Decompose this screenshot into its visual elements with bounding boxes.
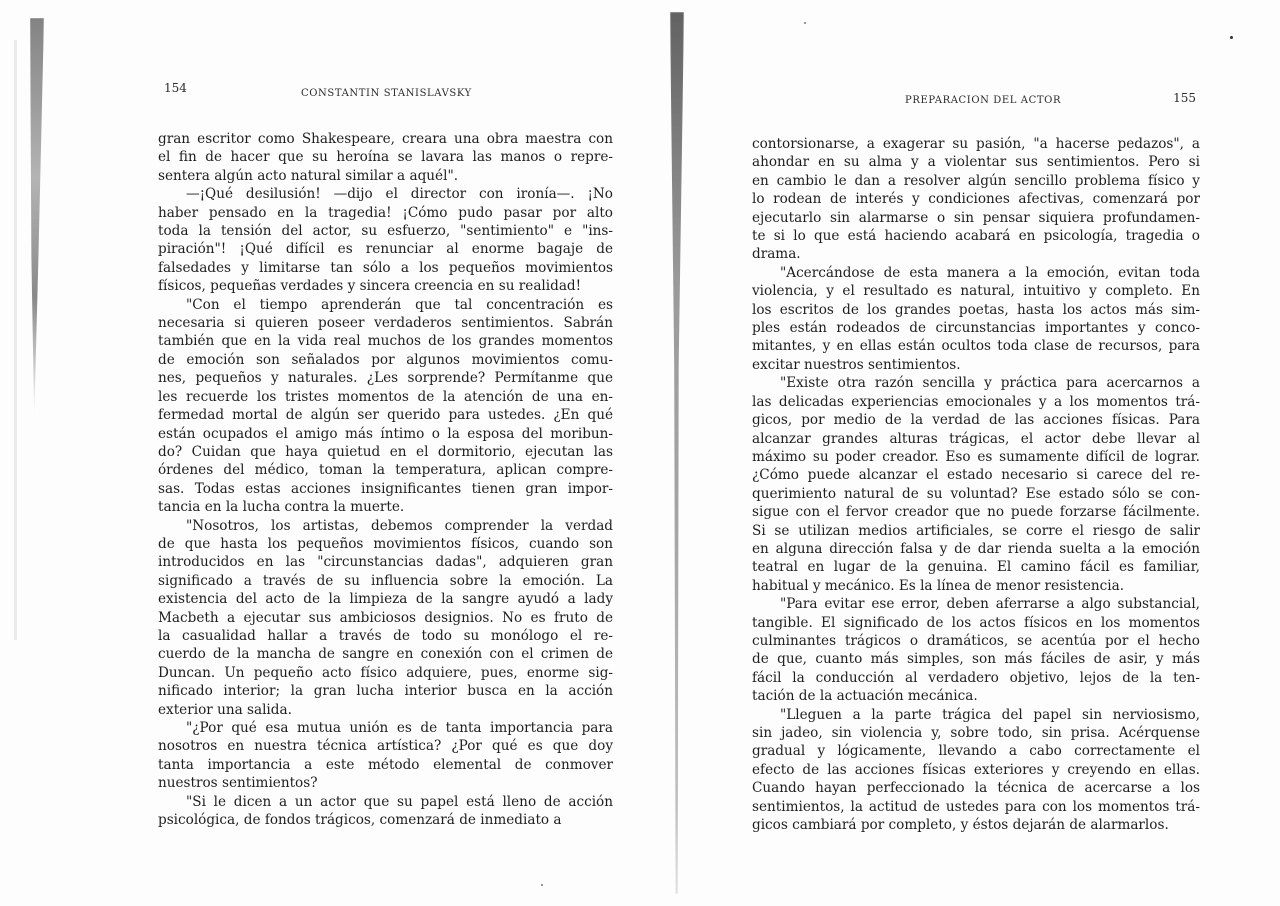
text-line: alcanzar grandes alturas trágicas, el ac…	[752, 430, 1200, 448]
text-line: de emoción son señalados por algunos mov…	[158, 351, 613, 369]
text-line: "Lleguen a la parte trágica del papel si…	[752, 706, 1200, 724]
text-line: querimiento natural de su voluntad? Ese …	[752, 485, 1200, 503]
text-line: necesaria si quieren poseer verdaderos s…	[158, 314, 613, 332]
text-line: sentera algún acto natural similar a aqu…	[158, 167, 613, 185]
paragraph: "Lleguen a la parte trágica del papel si…	[752, 706, 1200, 835]
text-line: ples están rodeados de circunstancias im…	[752, 319, 1200, 337]
text-line: nes, pequeños y naturales. ¿Les sorprend…	[158, 369, 613, 387]
text-line: Macbeth a ejecutar sus ambiciosos design…	[158, 609, 613, 627]
running-head: 154 CONSTANTIN STANISLAVSKY	[158, 83, 613, 101]
text-line: "Para evitar ese error, deben aferrarse …	[752, 595, 1200, 613]
text-line: violencia, y el resultado es natural, in…	[752, 282, 1200, 300]
paragraph: "Nosotros, los artistas, debemos compren…	[158, 517, 613, 719]
text-line: gicos, por medio de la verdad de las acc…	[752, 411, 1200, 429]
right-page: PREPARACION DEL ACTOR 155 contorsionarse…	[752, 0, 1200, 906]
text-line: efecto de las acciones físicas exteriore…	[752, 761, 1200, 779]
running-head: PREPARACION DEL ACTOR 155	[752, 83, 1200, 101]
running-head-title: PREPARACION DEL ACTOR	[905, 95, 1061, 106]
text-line: Cuando hayan perfeccionado la técnica de…	[752, 779, 1200, 797]
scan-speck	[1230, 36, 1233, 39]
text-line: están ocupados el amigo más íntimo o la …	[158, 425, 613, 443]
text-line: introducidos en las "circunstancias dada…	[158, 553, 613, 571]
text-line: psicológica, de fondos trágicos, comenza…	[158, 811, 613, 829]
text-line: el fin de hacer que su heroína se lavara…	[158, 148, 613, 166]
text-line: de que, cuanto más simples, son más fáci…	[752, 650, 1200, 668]
paragraph: "Acercándose de esta manera a la emoción…	[752, 264, 1200, 374]
text-line: habitual y mecánico. Es la línea de meno…	[752, 577, 1200, 595]
page-number: 154	[164, 81, 187, 95]
body-text: contorsionarse, a exagerar su pasión, "a…	[752, 135, 1200, 834]
text-line: Si se utilizan medios artificiales, se c…	[752, 522, 1200, 540]
text-line: sentimientos, la actitud de ustedes para…	[752, 798, 1200, 816]
text-line: sin jadeo, sin violencia y, sobre todo, …	[752, 724, 1200, 742]
left-page: 154 CONSTANTIN STANISLAVSKY gran escrito…	[158, 0, 613, 906]
text-line: de que hasta los pequeños movimientos fí…	[158, 535, 613, 553]
text-line: drama.	[752, 245, 1200, 263]
paragraph: contorsionarse, a exagerar su pasión, "a…	[752, 135, 1200, 264]
paragraph: "Para evitar ese error, deben aferrarse …	[752, 595, 1200, 705]
text-line: significado a través de su influencia so…	[158, 572, 613, 590]
text-line: les recuerde los tristes momentos de la …	[158, 388, 613, 406]
text-line: ahondar en su alma y a violentar sus sen…	[752, 153, 1200, 171]
paragraph: "Con el tiempo aprenderán que tal concen…	[158, 296, 613, 517]
text-line: nosotros en nuestra técnica artística? ¿…	[158, 737, 613, 755]
text-line: "Nosotros, los artistas, debemos compren…	[158, 517, 613, 535]
paragraph: "¿Por qué esa mutua unión es de tanta im…	[158, 719, 613, 793]
text-line: la casualidad hallar a través de todo su…	[158, 627, 613, 645]
text-line: fácil la conducción al verdadero objetiv…	[752, 669, 1200, 687]
text-line: físicos, pequeñas verdades y sincera cre…	[158, 277, 613, 295]
text-line: te si lo que está haciendo acabará en ps…	[752, 227, 1200, 245]
text-line: toda la tensión del actor, su esfuerzo, …	[158, 222, 613, 240]
text-line: haber pensado en la tragedia! ¡Cómo pudo…	[158, 204, 613, 222]
text-line: sigue con el fervor creador que no puede…	[752, 503, 1200, 521]
text-line: tancia en la lucha contra la muerte.	[158, 498, 613, 516]
text-line: teatral en lugar de la genuina. El camin…	[752, 558, 1200, 576]
text-line: culminantes trágicos o dramáticos, se ac…	[752, 632, 1200, 650]
text-line: en alguna dirección falsa y de dar riend…	[752, 540, 1200, 558]
page-edge-shadow-left	[30, 18, 44, 418]
text-line: sas. Todas estas acciones insignificante…	[158, 480, 613, 498]
text-line: gicos cambiará por completo, y éstos dej…	[752, 816, 1200, 834]
text-line: exterior una salida.	[158, 701, 613, 719]
text-line: fermedad mortal de algún ser querido par…	[158, 406, 613, 424]
paragraph: gran escritor como Shakespeare, creara u…	[158, 130, 613, 185]
text-line: excitar nuestros sentimientos.	[752, 356, 1200, 374]
scan-edge-shadow	[14, 40, 17, 640]
text-line: tangible. El significado de los actos fí…	[752, 614, 1200, 632]
text-line: falsedades y limitarse tan sólo a los pe…	[158, 259, 613, 277]
page-number: 155	[1173, 91, 1196, 105]
text-line: contorsionarse, a exagerar su pasión, "a…	[752, 135, 1200, 153]
text-line: máximo su poder creador. Eso es sumament…	[752, 448, 1200, 466]
text-line: cuerdo de la mancha de sangre en conexió…	[158, 645, 613, 663]
text-line: tación de la actuación mecánica.	[752, 687, 1200, 705]
text-line: gradual y lógicamente, llevando a cabo c…	[752, 742, 1200, 760]
text-line: existencia del acto de la limpieza de la…	[158, 590, 613, 608]
text-line: lo rodean de interés y condiciones afect…	[752, 190, 1200, 208]
text-line: "¿Por qué esa mutua unión es de tanta im…	[158, 719, 613, 737]
text-line: también que en la vida real muchos de lo…	[158, 332, 613, 350]
text-line: nuestros sentimientos?	[158, 774, 613, 792]
text-line: "Acercándose de esta manera a la emoción…	[752, 264, 1200, 282]
text-line: órdenes del médico, toman la temperatura…	[158, 461, 613, 479]
paragraph: "Existe otra razón sencilla y práctica p…	[752, 374, 1200, 595]
text-line: "Con el tiempo aprenderán que tal concen…	[158, 296, 613, 314]
paragraph: "Si le dicen a un actor que su papel est…	[158, 793, 613, 830]
text-line: nificado interior; la gran lucha interio…	[158, 682, 613, 700]
body-text: gran escritor como Shakespeare, creara u…	[158, 130, 613, 829]
paragraph: —¡Qué desilusión! —dijo el director con …	[158, 185, 613, 295]
book-gutter	[670, 12, 684, 894]
text-line: ¿Cómo puede alcanzar el estado necesario…	[752, 466, 1200, 484]
text-line: las delicadas experiencias emocionales y…	[752, 393, 1200, 411]
text-line: —¡Qué desilusión! —dijo el director con …	[158, 185, 613, 203]
text-line: "Existe otra razón sencilla y práctica p…	[752, 374, 1200, 392]
text-line: gran escritor como Shakespeare, creara u…	[158, 130, 613, 148]
text-line: "Si le dicen a un actor que su papel est…	[158, 793, 613, 811]
text-line: Duncan. Un pequeño acto físico adquiere,…	[158, 664, 613, 682]
text-line: tanta importancia a este método elementa…	[158, 756, 613, 774]
text-line: en cambio le dan a resolver algún sencil…	[752, 172, 1200, 190]
text-line: do? Cuidan que haya quietud en el dormit…	[158, 443, 613, 461]
text-line: mitantes, y en ellas están ocultos toda …	[752, 337, 1200, 355]
text-line: ejecutarlo sin alarmarse o sin pensar si…	[752, 209, 1200, 227]
running-head-title: CONSTANTIN STANISLAVSKY	[301, 88, 472, 99]
text-line: los escritos de los grandes poetas, hast…	[752, 301, 1200, 319]
text-line: piración"! ¡Qué difícil es renunciar al …	[158, 240, 613, 258]
book-spread: 154 CONSTANTIN STANISLAVSKY gran escrito…	[0, 0, 1280, 906]
